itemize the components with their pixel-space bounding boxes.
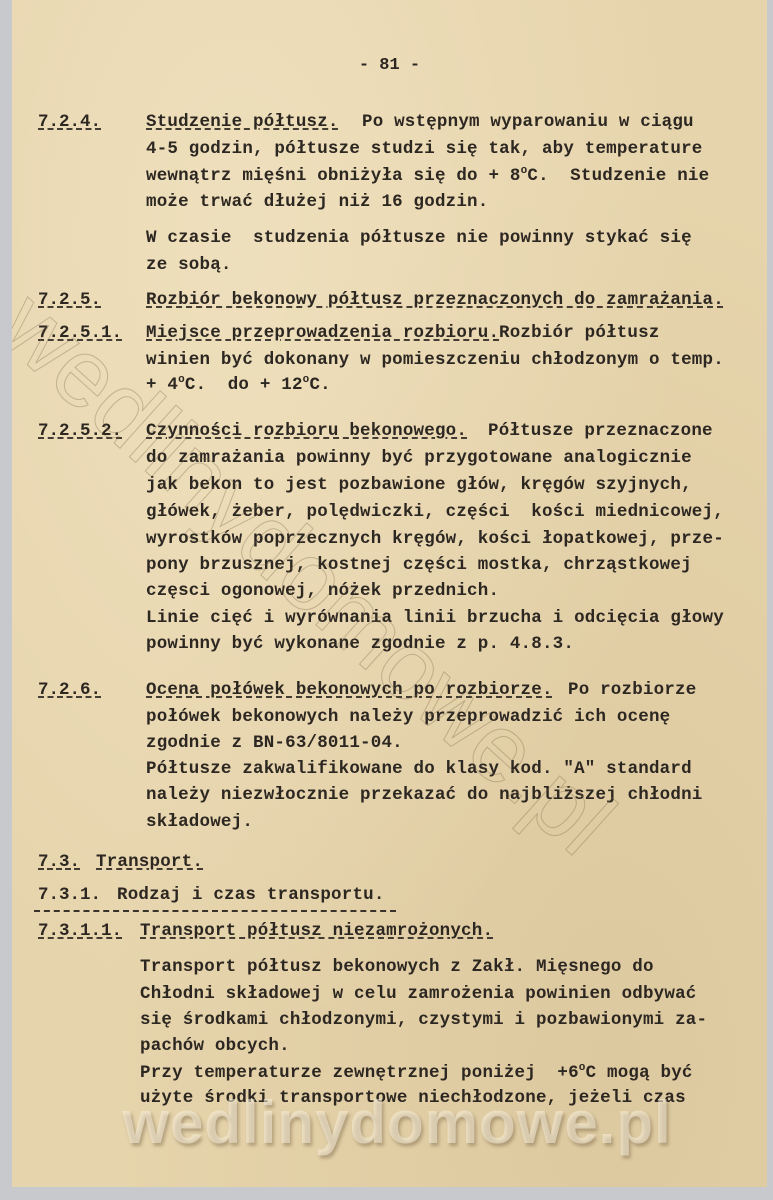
body-text-line: winien być dokonany w pomieszczeniu chło…	[146, 350, 724, 370]
body-text-line: Linie cięć i wyrównania linii brzucha i …	[146, 608, 724, 628]
section-heading: Rodzaj i czas transportu.	[117, 885, 385, 905]
section-number: 7.2.5.	[38, 290, 101, 310]
body-text-line: częsci ogonowej, nóżek przednich.	[146, 581, 499, 601]
body-text-line: użyte środki transportowe niechłodzone, …	[140, 1088, 686, 1108]
section-heading: Miejsce przeprowadzenia rozbioru.	[146, 323, 499, 343]
body-text-line: 4-5 godzin, półtusze studzi się tak, aby…	[146, 139, 703, 159]
body-text-line: jak bekon to jest pozbawione głów, kręgó…	[146, 475, 692, 495]
dashed-rule	[34, 910, 396, 912]
body-text-line: pachów obcych.	[140, 1036, 290, 1056]
body-text-line: pony brzusznej, kostnej części mostka, c…	[146, 555, 692, 575]
body-text-line: Przy temperaturze zewnętrznej poniżej +6…	[140, 1063, 693, 1083]
body-text-line: Rozbiór półtusz	[499, 323, 660, 343]
body-text-line: główek, żeber, polędwiczki, części kości…	[146, 502, 724, 522]
body-text-line: Po rozbiorze	[568, 680, 696, 700]
body-text-line: składowej.	[146, 812, 253, 832]
body-text-line: Po wstępnym wyparowaniu w ciągu	[362, 112, 694, 132]
body-text-line: W czasie studzenia półtusze nie powinny …	[146, 228, 692, 248]
section-number: 7.2.4.	[38, 112, 101, 132]
section-number: 7.2.6.	[38, 680, 101, 700]
body-text-line: Transport półtusz bekonowych z Zakł. Mię…	[140, 957, 654, 977]
section-number: 7.3.1.	[38, 885, 101, 905]
body-text-line: do zamrażania powinny być przygotowane a…	[146, 448, 692, 468]
body-text-line: należy niezwłocznie przekazać do najbliż…	[146, 785, 703, 805]
section-number: 7.3.	[38, 852, 80, 872]
body-text-line: Półtusze zakwalifikowane do klasy kod. "…	[146, 759, 692, 779]
section-number: 7.3.1.1.	[38, 921, 122, 941]
body-text-line: ze sobą.	[146, 255, 232, 275]
section-heading: Transport.	[96, 852, 203, 872]
body-text-line: się środkami chłodzonymi, czystymi i poz…	[140, 1010, 707, 1030]
section-number: 7.2.5.1.	[38, 323, 122, 343]
body-text-line: zgodnie z BN-63/8011-04.	[146, 733, 403, 753]
body-text-line: Chłodni składowej w celu zamrożenia powi…	[140, 984, 697, 1004]
section-heading: Ocena połówek bekonowych po rozbiorze.	[146, 680, 553, 700]
body-text-line: powinny być wykonane zgodnie z p. 4.8.3.	[146, 634, 574, 654]
body-text-line: + 4oC. do + 12oC.	[146, 375, 331, 395]
section-number: 7.2.5.2.	[38, 421, 122, 441]
body-text-line: może trwać dłużej niż 16 godzin.	[146, 192, 488, 212]
body-text-line: połówek bekonowych należy przeprowadzić …	[146, 707, 670, 727]
section-heading: Studzenie półtusz.	[146, 112, 339, 132]
body-text-line: wewnątrz mięśni obniżyła się do + 8oC. S…	[146, 166, 709, 186]
section-heading: Czynności rozbioru bekonowego.	[146, 421, 467, 441]
body-text-line: wyrostków poprzecznych kręgów, kości łop…	[146, 529, 724, 549]
section-heading: Rozbiór bekonowy półtusz przeznaczonych …	[146, 290, 724, 310]
section-heading: Transport półtusz niezamrożonych.	[140, 921, 493, 941]
document-page: - 81 - 7.2.4. Studzenie półtusz. Po wstę…	[12, 0, 767, 1187]
body-text-line: Półtusze przeznaczone	[488, 421, 713, 441]
page-number: - 81 -	[12, 56, 767, 75]
